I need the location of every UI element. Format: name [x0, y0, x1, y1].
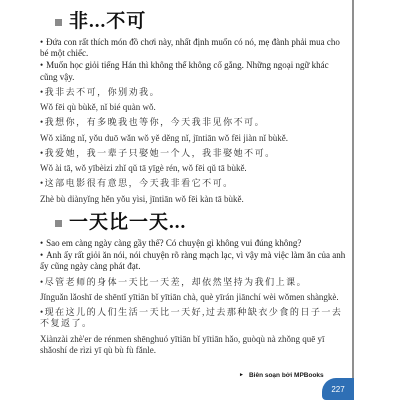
sections-container: 非...不可 •Đứa con rất thích món đồ chơi nà… — [40, 12, 346, 356]
section-header: 非...不可 — [40, 12, 346, 32]
chinese-sentence: •尽管老师的身体一天比一天差，却依然坚持为我们上课。 — [40, 277, 346, 288]
bullet-glyph: • — [40, 37, 43, 47]
section-title: 非...不可 — [69, 12, 146, 32]
pinyin-sentence: Jǐnguǎn lǎoshī de shēntǐ yītiān bǐ yītiā… — [40, 292, 346, 303]
chinese-sentence: •我想你，有多晚我也等你，今天我非见你不可。 — [40, 117, 346, 128]
play-arrow-icon: ► — [239, 373, 244, 378]
vietnamese-list: •Đứa con rất thích món đồ chơi này, nhất… — [40, 37, 346, 83]
chinese-text: 我非去不可，你别劝我。 — [45, 87, 161, 97]
pinyin-sentence: Wǒ ài tā, wǒ yībèizi zhǐ qǔ tā yīgè rén,… — [40, 163, 346, 174]
chinese-sentence: •现在这儿的人们生活一天比一天好,过去那种缺衣少食的日子一去不复返了。 — [40, 307, 346, 330]
pinyin-sentence: Xiànzài zhè'er de rénmen shēnghuó yītiān… — [40, 334, 346, 357]
square-bullet-icon — [55, 220, 62, 227]
vietnamese-sentence: •Anh ấy rất giỏi ăn nói, nói chuyện rõ r… — [40, 250, 346, 273]
chinese-text: 我想你，有多晚我也等你，今天我非见你不可。 — [45, 117, 266, 127]
vietnamese-sentence: •Đứa con rất thích món đồ chơi này, nhất… — [40, 37, 346, 60]
section: 非...不可 •Đứa con rất thích món đồ chơi nà… — [40, 12, 346, 205]
bullet-glyph: • — [40, 250, 43, 260]
vietnamese-list: •Sao em càng ngày càng gầy thế? Có chuyệ… — [40, 238, 346, 273]
examples-list: •尽管老师的身体一天比一天差，却依然坚持为我们上课。Jǐnguǎn lǎoshī… — [40, 277, 346, 357]
examples-list: •我非去不可，你别劝我。Wǒ fēi qù bùkě, nǐ bié quàn … — [40, 87, 346, 205]
chinese-text: 我爱她，我一辈子只娶她一个人，我非娶她不可。 — [45, 148, 276, 158]
footer: ► Biên soạn bởi MPBooks — [239, 371, 324, 380]
vietnamese-text: Đứa con rất thích món đồ chơi này, nhất … — [40, 37, 340, 58]
bullet-glyph: • — [40, 238, 43, 248]
vietnamese-text: Muốn học giỏi tiếng Hán thì không thể kh… — [40, 60, 329, 81]
chinese-text: 现在这儿的人们生活一天比一天好,过去那种缺衣少食的日子一去不复返了。 — [40, 307, 342, 328]
section-title: 一天比一天... — [69, 213, 186, 233]
section: 一天比一天... •Sao em càng ngày càng gầy thế?… — [40, 213, 346, 356]
footer-credit: Biên soạn bởi MPBooks — [249, 372, 324, 379]
page-edge-line — [352, 0, 354, 400]
page-number: 227 — [331, 385, 344, 394]
vietnamese-text: Sao em càng ngày càng gầy thế? Có chuyện… — [46, 238, 301, 248]
chinese-sentence: •我非去不可，你别劝我。 — [40, 87, 346, 98]
square-bullet-icon — [55, 19, 62, 26]
section-header: 一天比一天... — [40, 213, 346, 233]
pinyin-sentence: Wǒ xiǎng nǐ, yǒu duō wǎn wǒ yě děng nǐ, … — [40, 133, 346, 144]
bullet-glyph: • — [40, 60, 43, 70]
chinese-text: 这部电影很有意思，今天我非看它不可。 — [45, 178, 234, 188]
chinese-sentence: •我爱她，我一辈子只娶她一个人，我非娶她不可。 — [40, 148, 346, 159]
vietnamese-text: Anh ấy rất giỏi ăn nói, nói chuyện rõ rà… — [40, 250, 345, 271]
pinyin-sentence: Zhè bù diànyǐng hěn yǒu yìsi, jīntiān wǒ… — [40, 194, 346, 205]
chinese-sentence: •这部电影很有意思，今天我非看它不可。 — [40, 178, 346, 189]
vietnamese-sentence: •Muốn học giỏi tiếng Hán thì không thể k… — [40, 60, 346, 83]
page-number-badge: 227 — [322, 378, 354, 400]
book-page: 非...不可 •Đứa con rất thích món đồ chơi nà… — [0, 0, 400, 400]
pinyin-sentence: Wǒ fēi qù bùkě, nǐ bié quàn wǒ. — [40, 102, 346, 113]
chinese-text: 尽管老师的身体一天比一天差，却依然坚持为我们上课。 — [45, 277, 308, 287]
vietnamese-sentence: •Sao em càng ngày càng gầy thế? Có chuyệ… — [40, 238, 346, 249]
